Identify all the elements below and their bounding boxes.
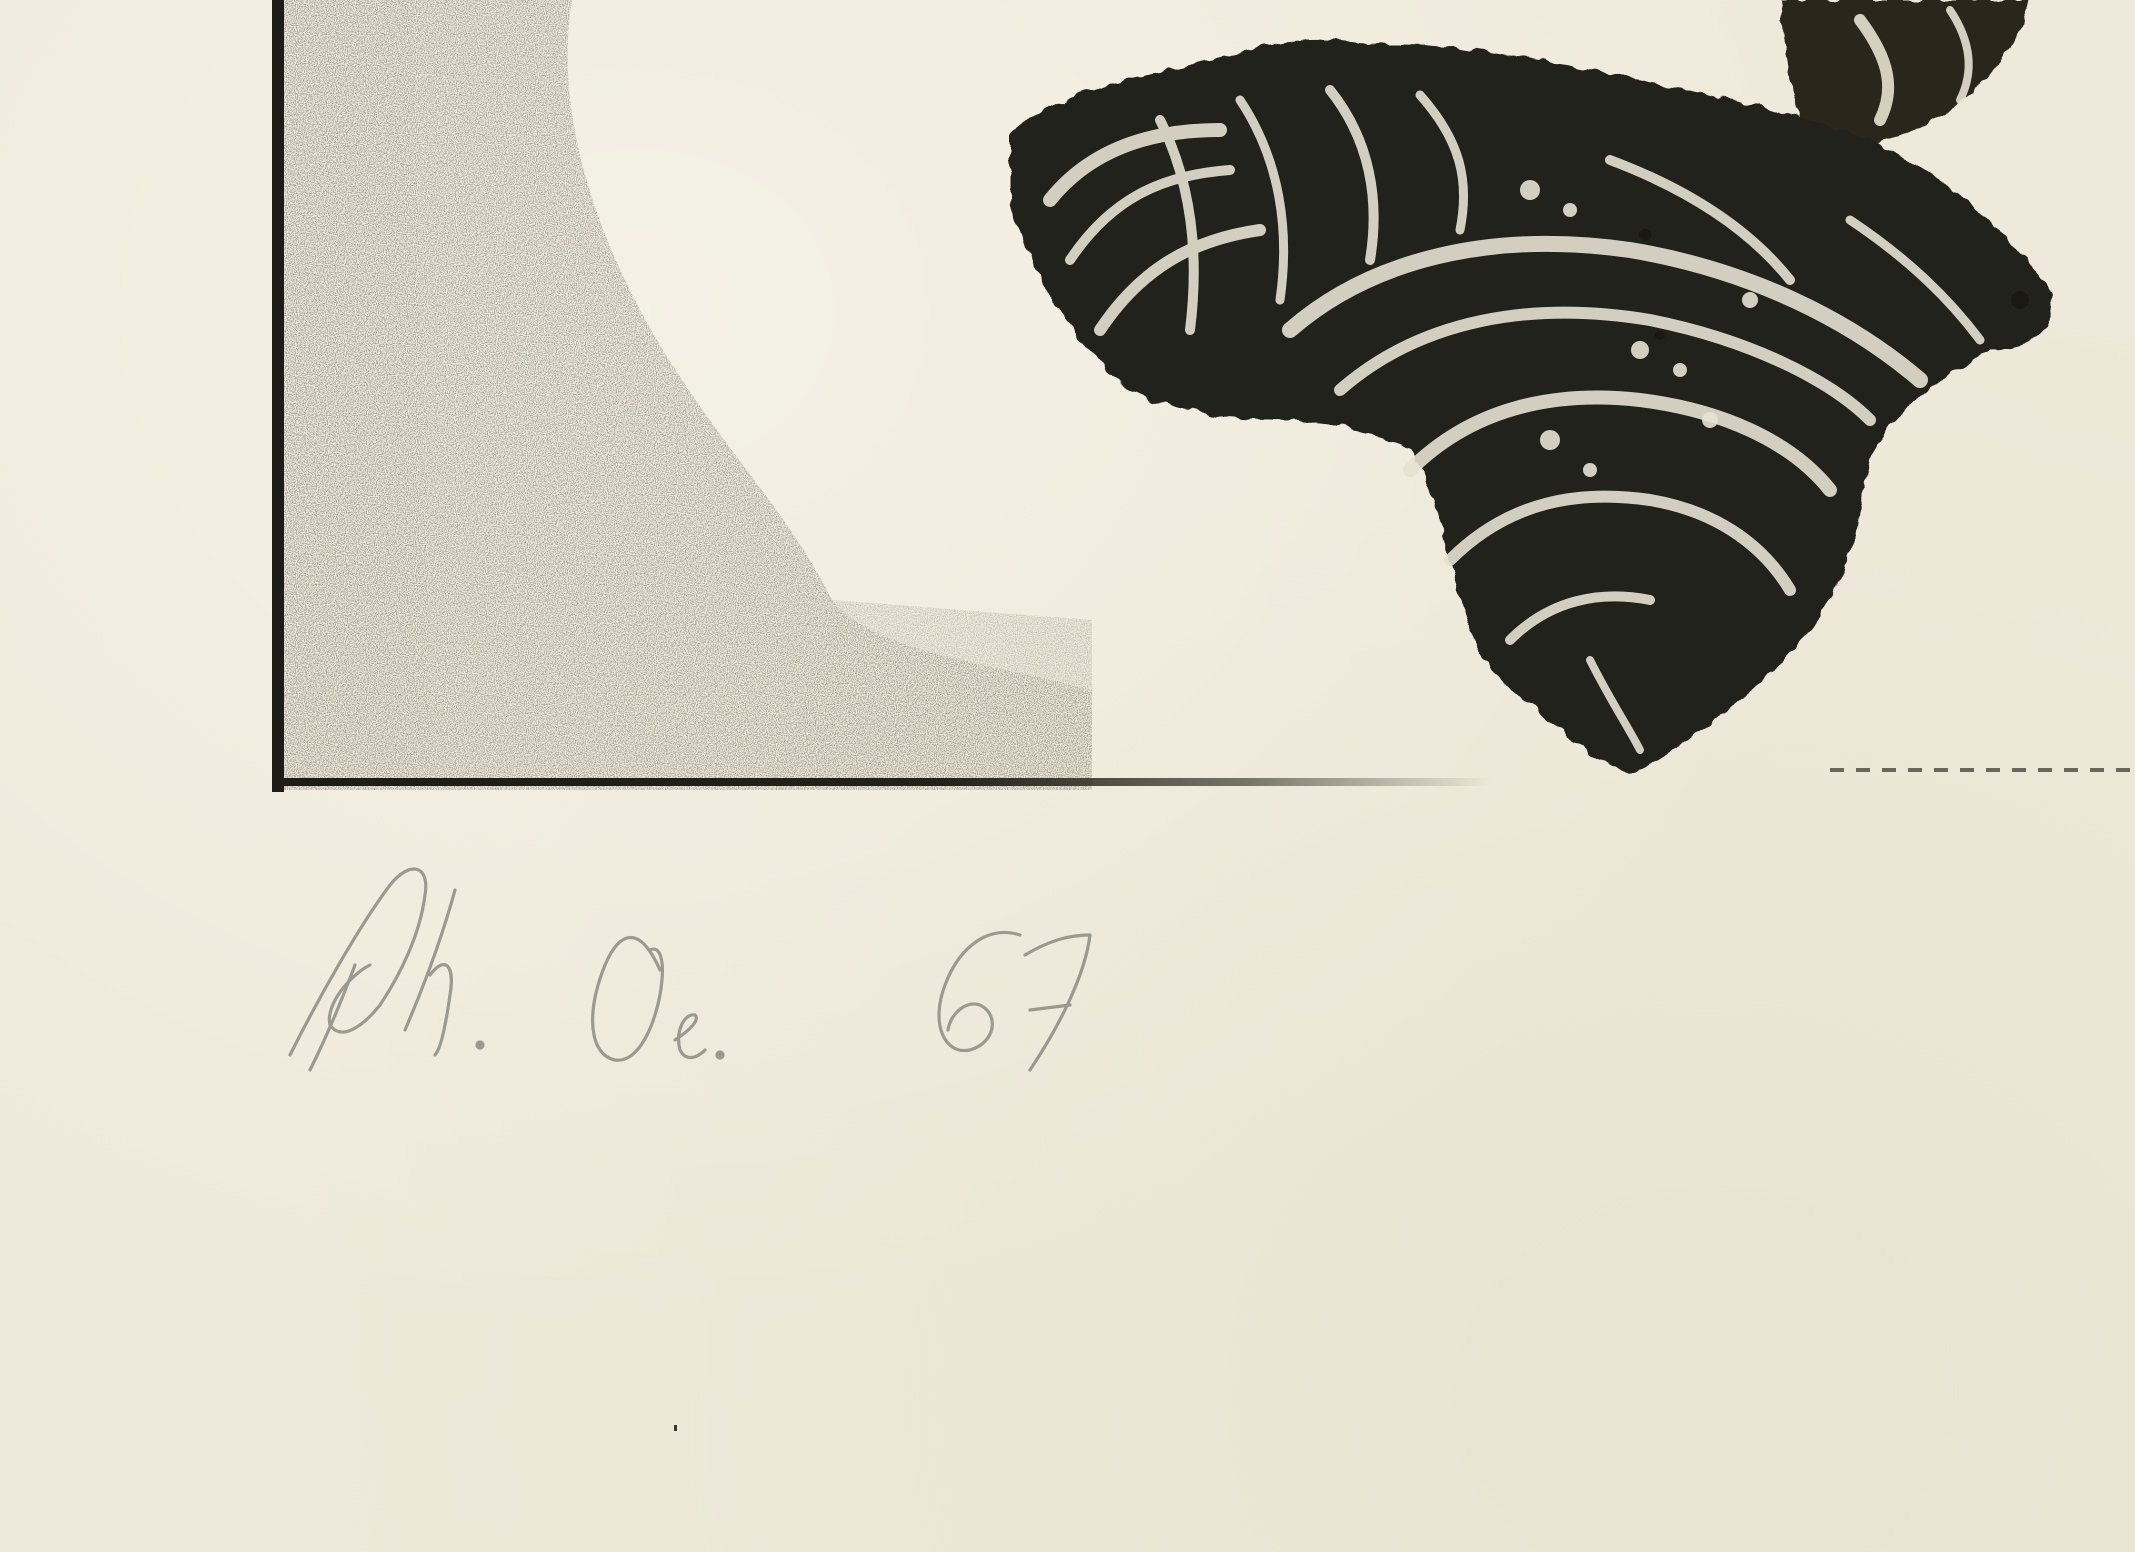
pencil-signature: Ph. Oe. 67	[280, 855, 1500, 1075]
plate-edge-left	[272, 0, 284, 792]
paper-speck	[674, 1425, 677, 1431]
signature-text: Ph. Oe. 67	[280, 855, 286, 856]
butterfly-shape	[990, 0, 2135, 790]
